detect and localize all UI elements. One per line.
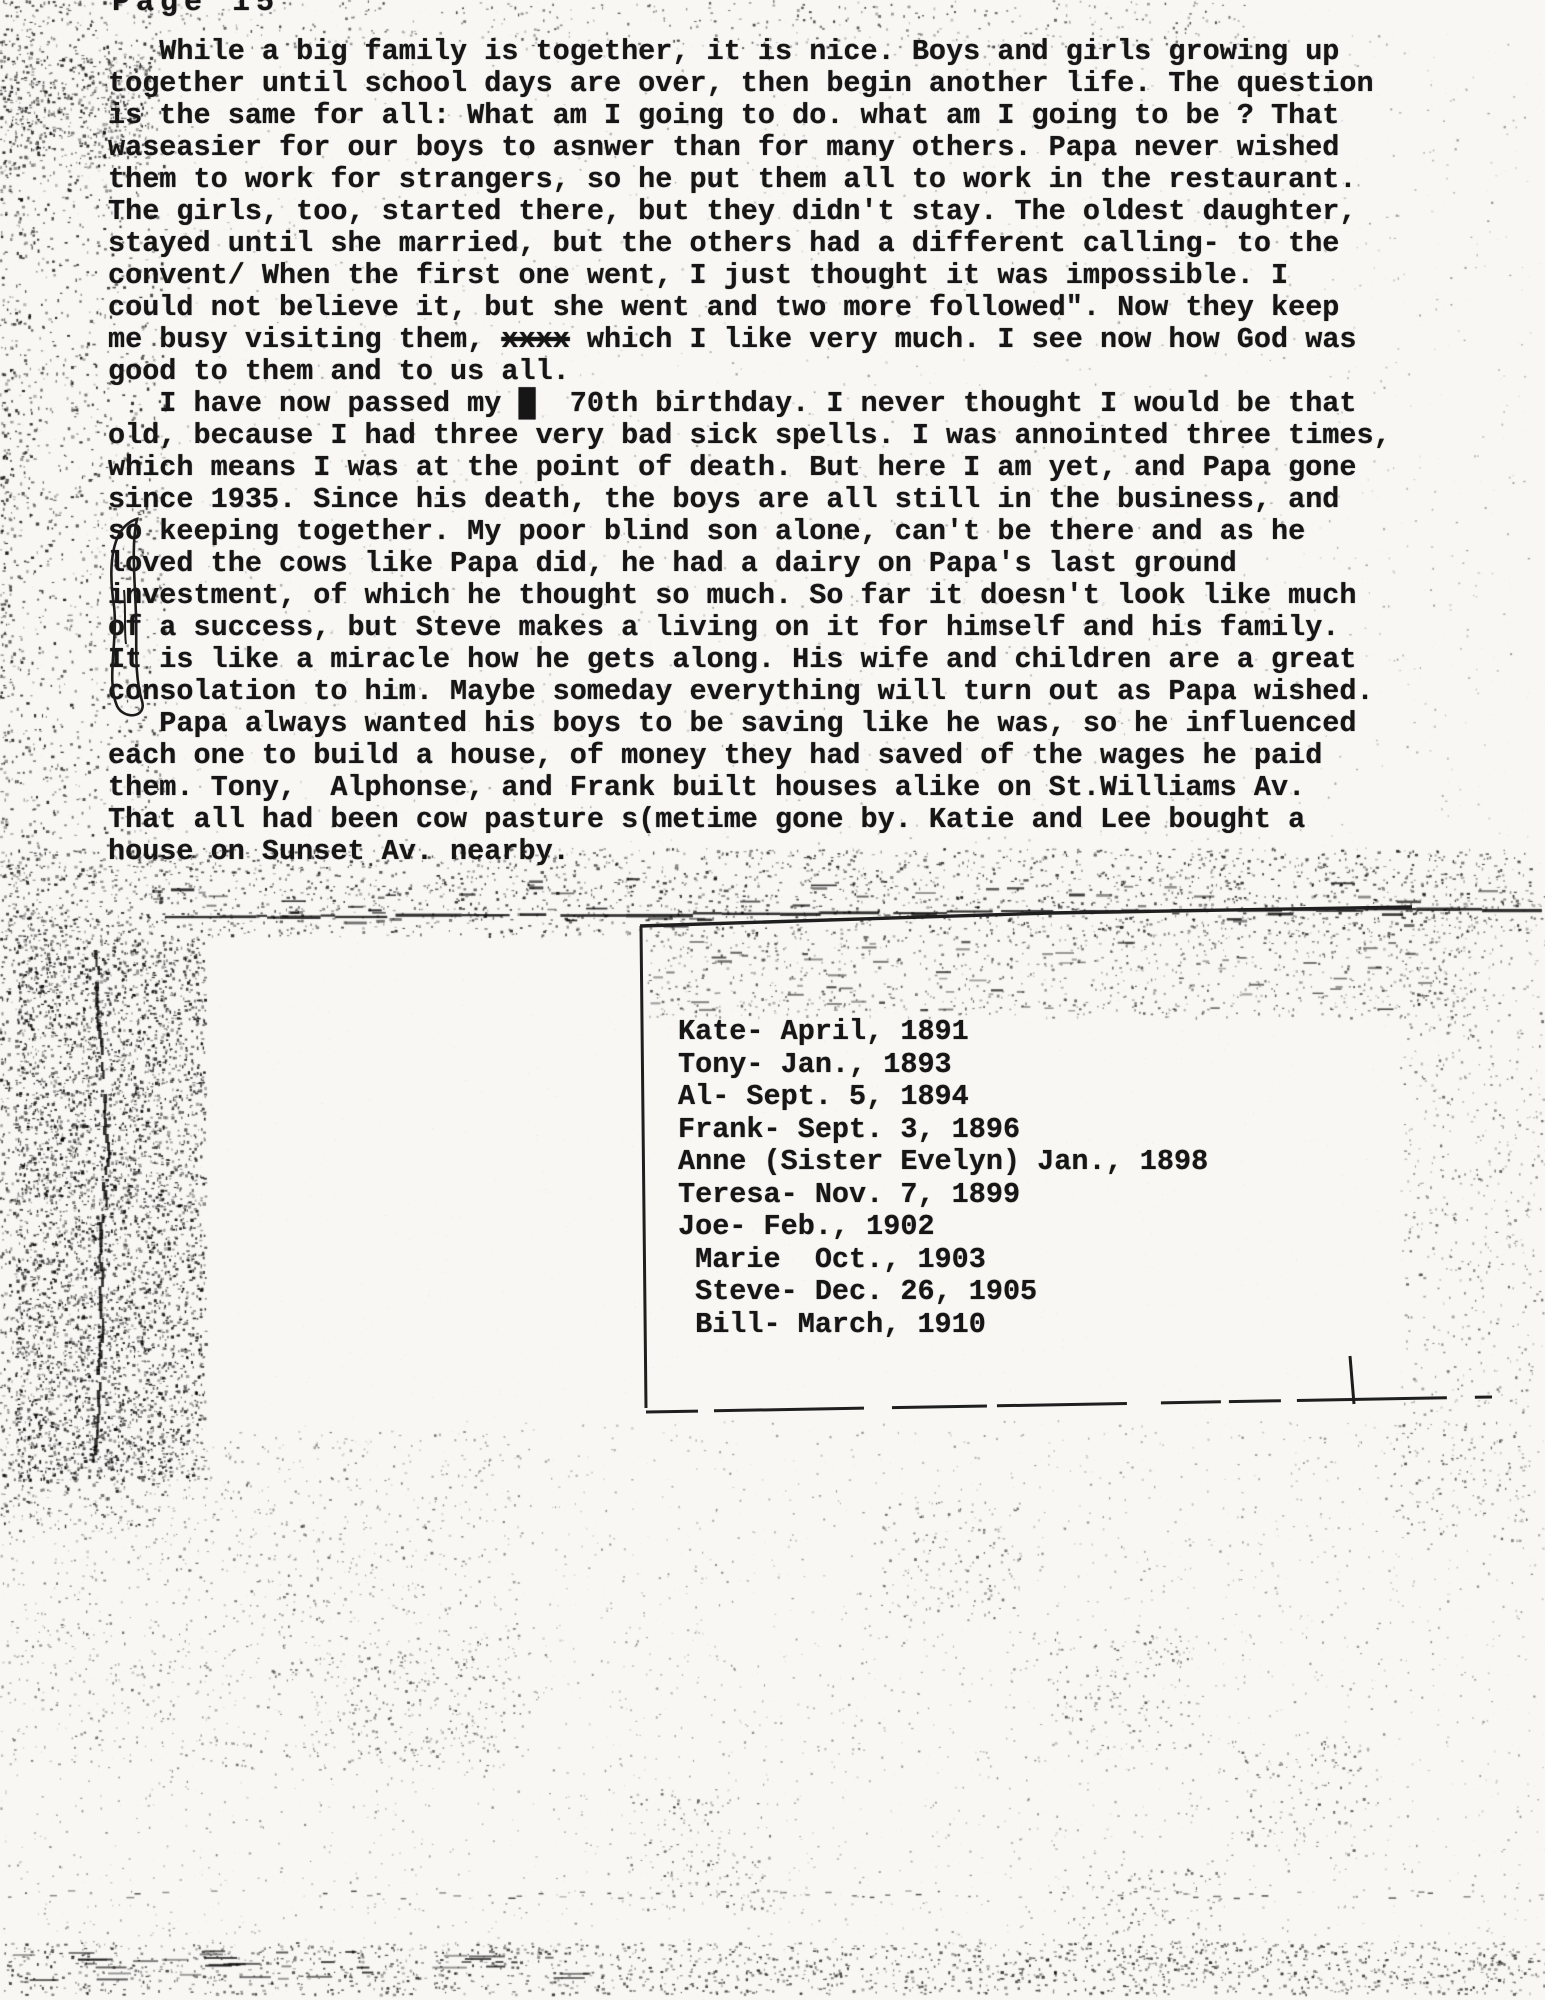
text-line: The girls, too, started there, but they … <box>108 196 1518 228</box>
text-line: waseasier for our boys to asnwer than fo… <box>108 132 1518 164</box>
text-line: together until school days are over, the… <box>108 68 1518 100</box>
text-line: loved the cows like Papa did, he had a d… <box>108 548 1518 580</box>
text-line: them to work for strangers, so he put th… <box>108 164 1518 196</box>
birth-list-item: Joe- Feb., 1902 <box>678 1211 1208 1244</box>
birth-list-item: Steve- Dec. 26, 1905 <box>678 1276 1208 1309</box>
text-line: investment, of which he thought so much.… <box>108 580 1518 612</box>
text-line: I have now passed my █ 70th birthday. I … <box>108 388 1518 420</box>
typed-over-word: xxxx <box>501 323 569 356</box>
text-line: convent/ When the first one went, I just… <box>108 260 1518 292</box>
text-line: since 1935. Since his death, the boys ar… <box>108 484 1518 516</box>
birth-list-item: Anne (Sister Evelyn) Jan., 1898 <box>678 1146 1208 1179</box>
memoir-text: While a big family is together, it is ni… <box>108 36 1518 868</box>
birth-list-item: Teresa- Nov. 7, 1899 <box>678 1179 1208 1212</box>
text-line: which means I was at the point of death.… <box>108 452 1518 484</box>
text-line: While a big family is together, it is ni… <box>108 36 1518 68</box>
text-line: old, because I had three very bad sick s… <box>108 420 1518 452</box>
text-line: is the same for all: What am I going to … <box>108 100 1518 132</box>
birth-list-item: Kate- April, 1891 <box>678 1016 1208 1049</box>
text-line: consolation to him. Maybe someday everyt… <box>108 676 1518 708</box>
text-line: good to them and to us all. <box>108 356 1518 388</box>
birth-list-item: Frank- Sept. 3, 1896 <box>678 1114 1208 1147</box>
text-line: could not believe it, but she went and t… <box>108 292 1518 324</box>
birth-list-item: Tony- Jan., 1893 <box>678 1049 1208 1082</box>
text-line: each one to build a house, of money they… <box>108 740 1518 772</box>
text-line: me busy visiting them, xxxx which I like… <box>108 324 1518 356</box>
birth-dates-list: Kate- April, 1891Tony- Jan., 1893Al- Sep… <box>678 1016 1208 1341</box>
birth-list-item: Al- Sept. 5, 1894 <box>678 1081 1208 1114</box>
text-line: of a success, but Steve makes a living o… <box>108 612 1518 644</box>
text-line: them. Tony, Alphonse, and Frank built ho… <box>108 772 1518 804</box>
birth-list-item: Bill- March, 1910 <box>678 1309 1208 1342</box>
page-number: Page 15 <box>112 0 280 20</box>
text-line: so keeping together. My poor blind son a… <box>108 516 1518 548</box>
scanned-page: Page 15 While a big family is together, … <box>0 0 1545 2000</box>
birth-list-item: Marie Oct., 1903 <box>678 1244 1208 1277</box>
text-line: house on Sunset Av. nearby. <box>108 836 1518 868</box>
text-line: That all had been cow pasture s(metime g… <box>108 804 1518 836</box>
text-line: It is like a miracle how he gets along. … <box>108 644 1518 676</box>
text-line: stayed until she married, but the others… <box>108 228 1518 260</box>
text-line: Papa always wanted his boys to be saving… <box>108 708 1518 740</box>
